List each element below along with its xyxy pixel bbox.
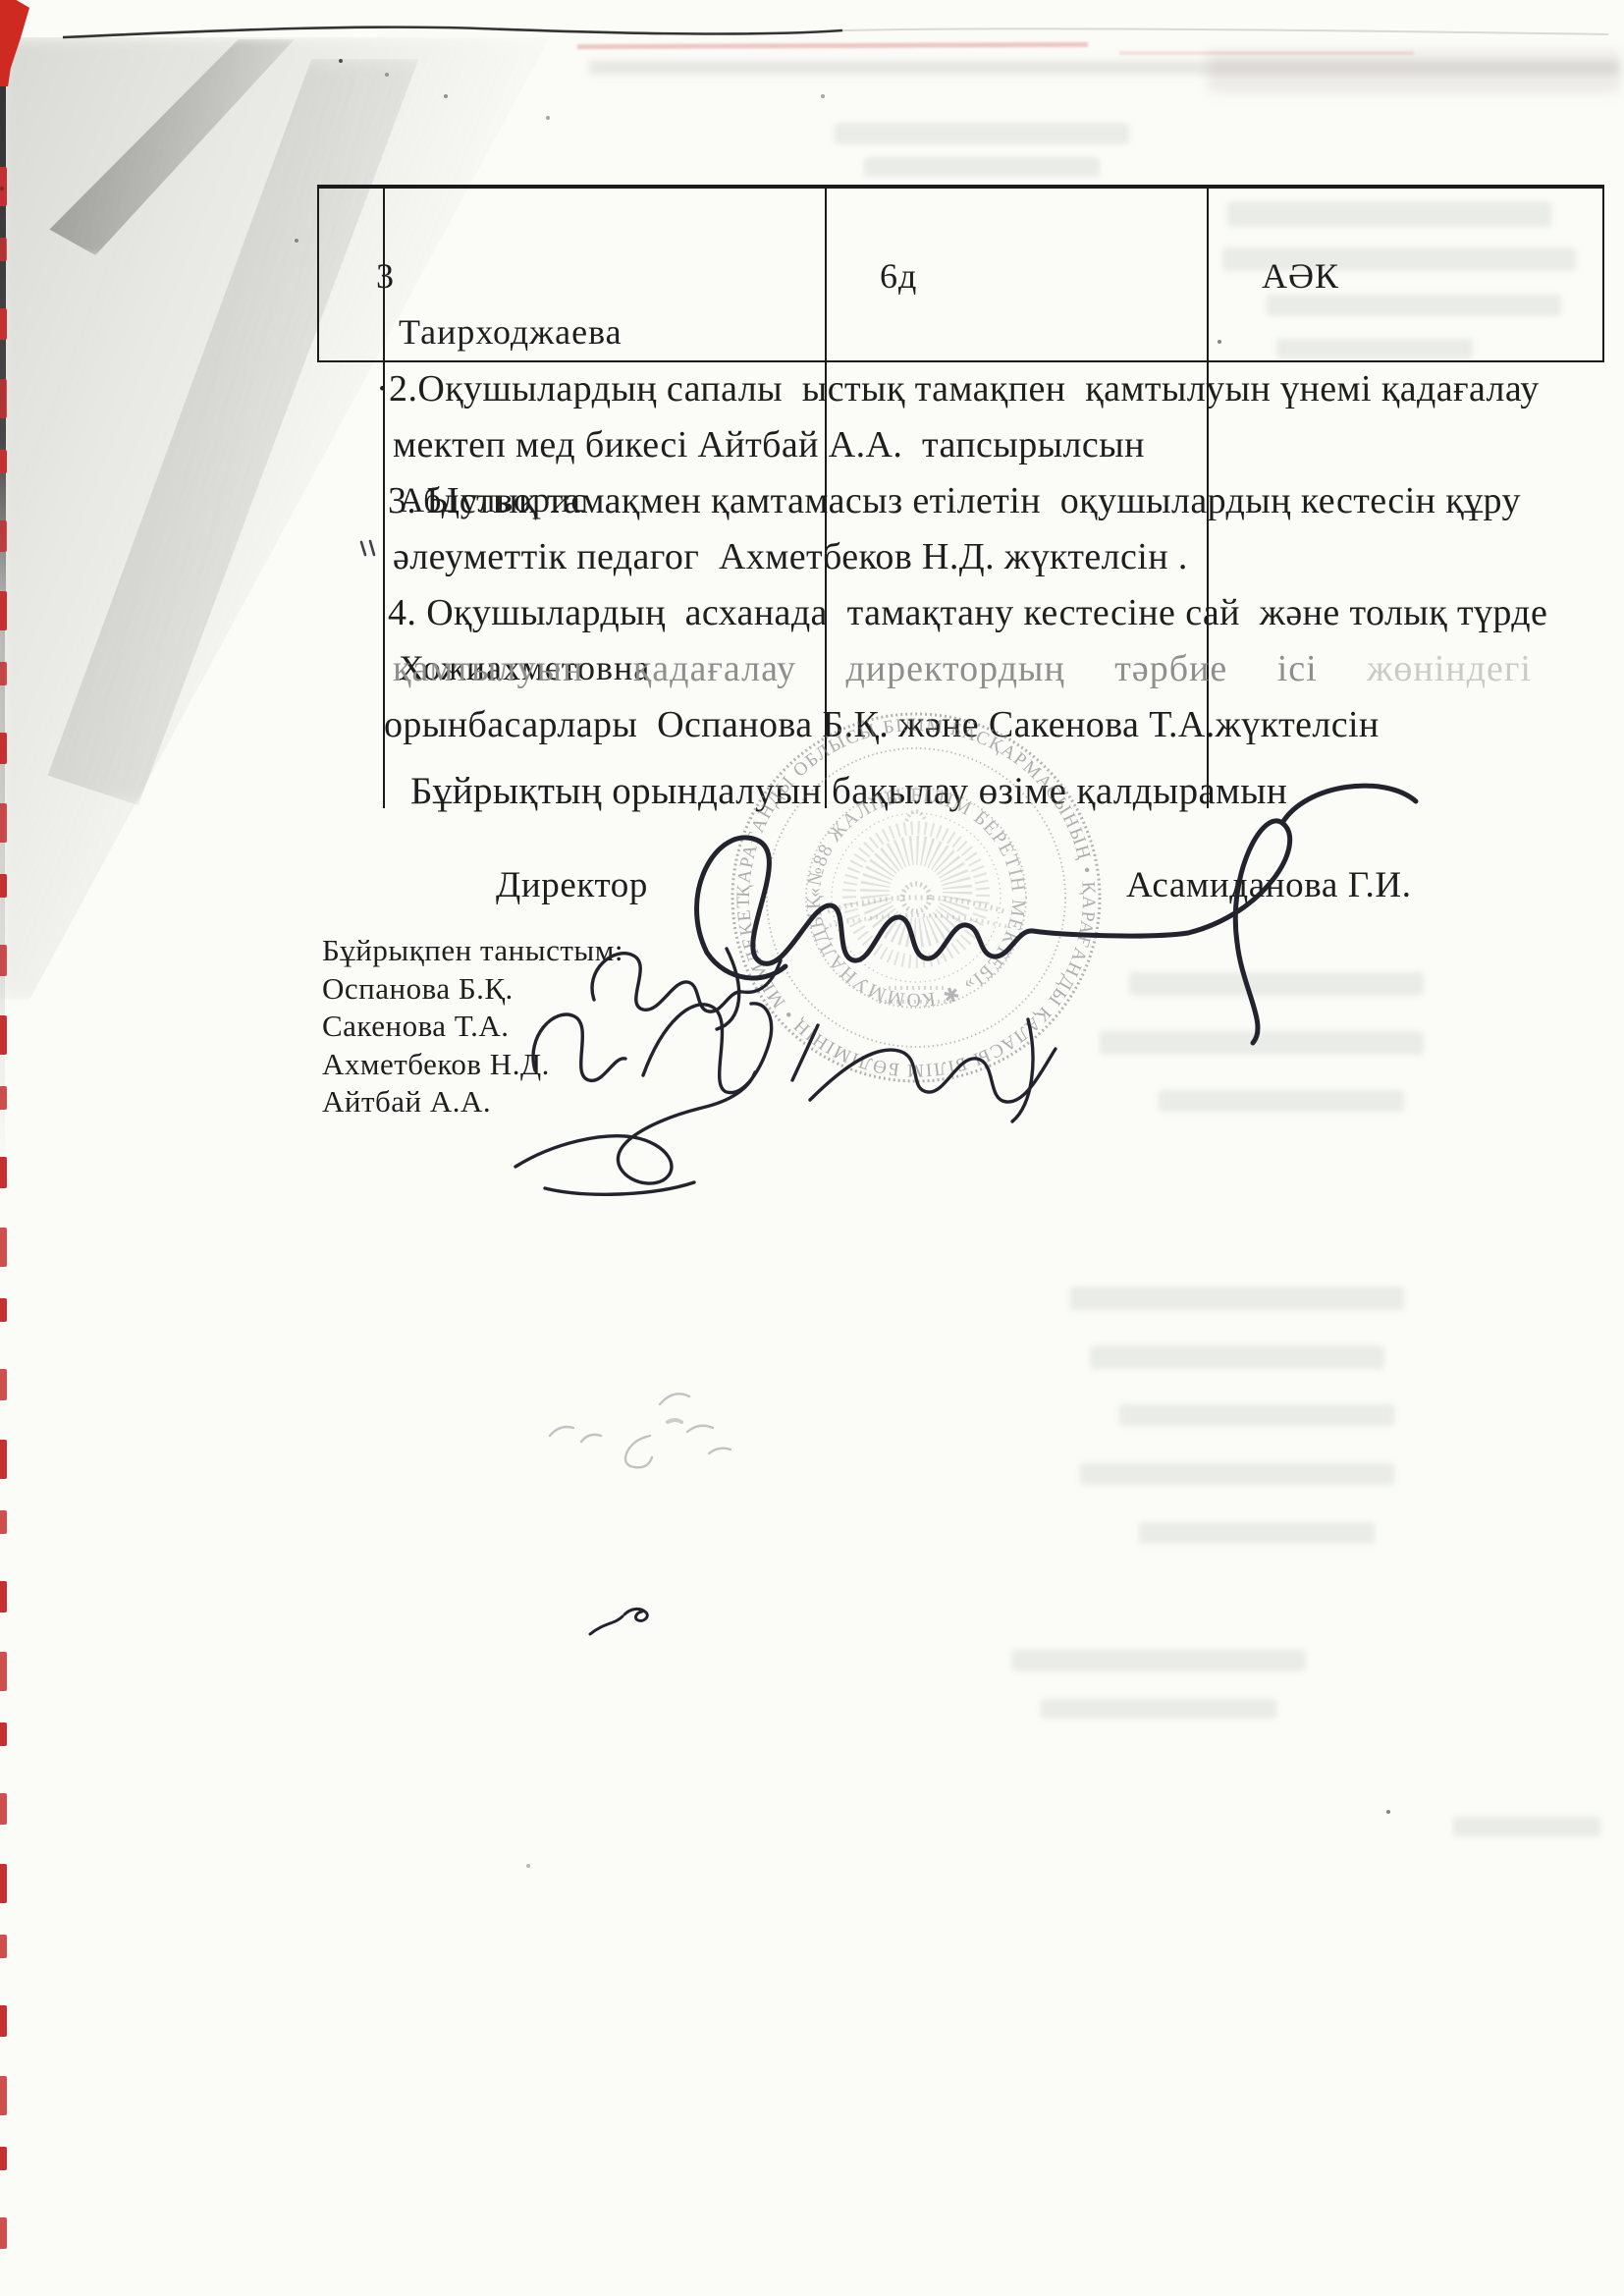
signature-akhmetbekov <box>790 992 1075 1134</box>
red-ribbon-dash <box>0 2005 7 2037</box>
student-name-line: Таирходжаева <box>399 304 825 360</box>
bleed-through-text <box>1041 1699 1276 1719</box>
bleed-through-text <box>835 123 1129 144</box>
red-ribbon-dash <box>0 1228 7 1267</box>
order-body: ·2.Оқушылардың сапалы ыстық тамақпен қам… <box>376 361 1609 753</box>
red-ribbon-dash <box>0 1440 7 1479</box>
dust-speck <box>385 73 389 77</box>
bleed-through-text <box>1080 1463 1394 1485</box>
faded-word: қадағалау <box>633 641 796 697</box>
dust-speck <box>295 239 298 243</box>
red-ribbon-dash <box>0 1369 7 1400</box>
student-category: АӘК <box>1262 256 1339 296</box>
faded-word: директордың <box>845 641 1064 697</box>
director-label: Директор <box>496 864 648 906</box>
scanned-document-page: { "doc": { "table": { "row_number": "3",… <box>0 0 1624 2296</box>
red-ribbon-dash <box>0 1722 7 1746</box>
faded-word: қамтылуын <box>393 641 583 697</box>
bleed-through-text <box>864 157 1100 177</box>
gray-smudge-blotch <box>1208 51 1620 92</box>
red-ribbon-dash <box>0 1652 7 1691</box>
signature-aitbay <box>486 1049 781 1201</box>
ink-squiggle-mark <box>585 1593 656 1644</box>
red-ribbon-dash <box>0 1864 7 1903</box>
red-ribbon-dash <box>0 1510 7 1534</box>
student-class: 6д <box>880 256 917 296</box>
dust-speck <box>1386 1810 1390 1814</box>
red-ribbon-dash <box>0 2076 7 2115</box>
pen-tick-mark <box>357 538 381 564</box>
order-paragraph-3-line-2: әлеуметтік педагог Ахметбеков Н.Д. жүкте… <box>376 529 1609 585</box>
red-ribbon-dash <box>0 2217 7 2249</box>
order-paragraph-2-line-1: ·2.Оқушылардың сапалы ыстық тамақпен қам… <box>376 361 1609 417</box>
red-ribbon-dash <box>0 2147 7 2170</box>
bleed-through-text <box>1139 1522 1375 1544</box>
pencil-smudge <box>540 1375 766 1498</box>
dust-speck <box>546 116 550 120</box>
dust-speck <box>444 94 448 98</box>
bleed-through-text <box>1070 1286 1404 1310</box>
left-page-edge-fade <box>0 629 5 1178</box>
students-table: 3 Таирходжаева Абдулворис Хожиахметовна … <box>317 185 1604 362</box>
bleed-through-text <box>1159 1090 1404 1112</box>
left-page-edge <box>0 0 6 629</box>
order-paragraph-4-line-2: қамтылуын қадағалау директордың тәрбие і… <box>393 641 1532 697</box>
faded-word-ghost: жөніндегі <box>1367 641 1532 697</box>
red-ribbon-dash <box>0 1793 7 1825</box>
dust-speck <box>0 187 4 191</box>
order-paragraph-4-line-1: 4. Оқушылардың асханада тамақтану кестес… <box>376 585 1609 641</box>
bleed-through-text <box>1090 1345 1384 1369</box>
red-ribbon-dash <box>0 1298 7 1322</box>
table-cell-number: 3 <box>319 189 383 808</box>
red-ribbon-dash <box>0 1581 7 1613</box>
bleed-through-text <box>1119 1404 1394 1426</box>
bleed-through-text <box>1453 1817 1600 1836</box>
dust-speck <box>526 1864 530 1868</box>
acknowledgement-heading: Бұйрықпен таныстым: <box>322 932 623 970</box>
faded-word: ісі <box>1277 641 1318 697</box>
order-paragraph-3-line-1: 3. Ыстық тамақмен қамтамасыз етілетін оқ… <box>376 473 1609 529</box>
red-ribbon-dash <box>0 1935 7 1958</box>
order-paragraph-2-line-2: мектеп мед бикесі Айтбай А.А. тапсырылсы… <box>376 417 1609 473</box>
faded-word: тәрбие <box>1114 641 1227 697</box>
dust-speck <box>821 94 825 98</box>
dust-speck <box>339 59 343 63</box>
bleed-through-text <box>1011 1650 1306 1671</box>
